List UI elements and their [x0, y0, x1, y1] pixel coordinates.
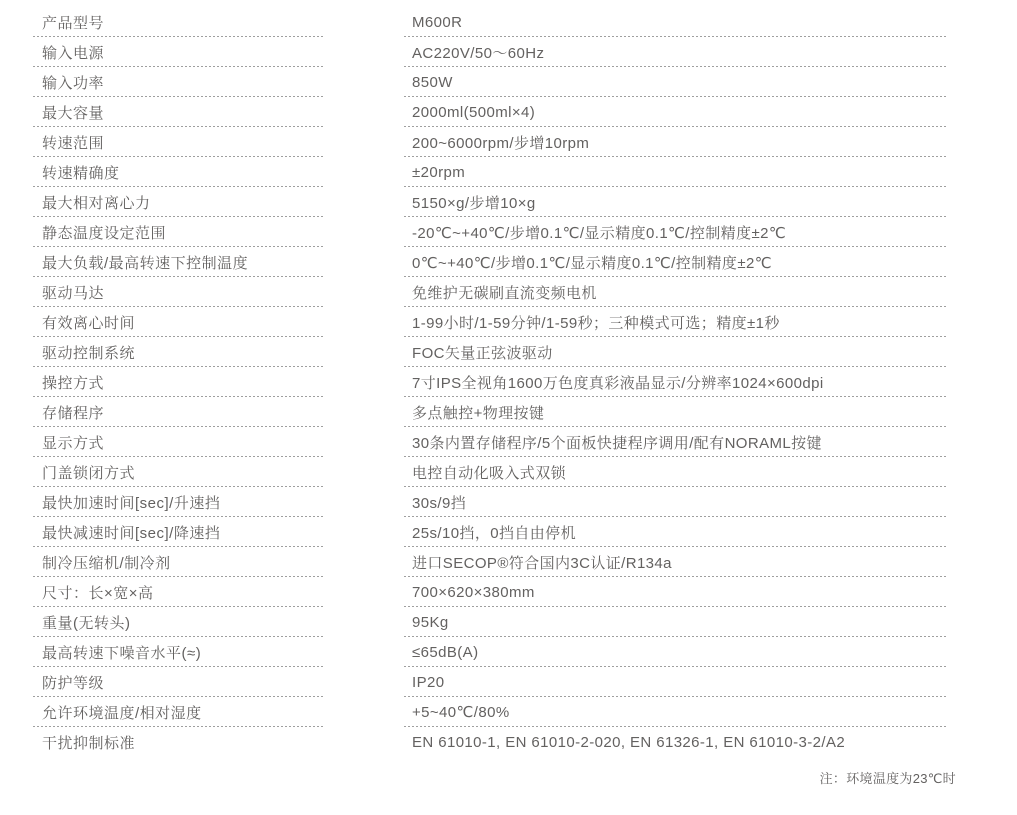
spec-label: 门盖锁闭方式 [33, 457, 325, 487]
table-row: 驱动马达 免维护无碳刷直流变频电机 [0, 277, 1017, 307]
spec-label: 防护等级 [33, 667, 325, 697]
table-row: 门盖锁闭方式 电控自动化吸入式双锁 [0, 457, 1017, 487]
spec-label: 输入功率 [33, 67, 325, 97]
spec-label: 最高转速下噪音水平(≈) [33, 637, 325, 667]
spec-label: 重量(无转头) [33, 607, 325, 637]
spec-label: 尺寸：长×宽×高 [33, 577, 325, 607]
table-row: 允许环境温度/相对湿度 +5~40℃/80% [0, 697, 1017, 727]
spec-label: 最大相对离心力 [33, 187, 325, 217]
spec-value: ±20rpm [404, 157, 947, 187]
spec-value: AC220V/50～60Hz [404, 37, 947, 67]
spec-label: 显示方式 [33, 427, 325, 457]
spec-label: 最快减速时间[sec]/降速挡 [33, 517, 325, 547]
spec-value: 1-99小时/1-59分钟/1-59秒；三种模式可选；精度±1秒 [404, 307, 947, 337]
spec-value: 850W [404, 67, 947, 97]
table-row: 静态温度设定范围 -20℃~+40℃/步增0.1℃/显示精度0.1℃/控制精度±… [0, 217, 1017, 247]
spec-value: +5~40℃/80% [404, 697, 947, 727]
table-row: 重量(无转头) 95Kg [0, 607, 1017, 637]
table-row: 存储程序 多点触控+物理按键 [0, 397, 1017, 427]
table-row: 最快加速时间[sec]/升速挡 30s/9挡 [0, 487, 1017, 517]
spec-label: 允许环境温度/相对湿度 [33, 697, 325, 727]
spec-label: 制冷压缩机/制冷剂 [33, 547, 325, 577]
table-row: 尺寸：长×宽×高 700×620×380mm [0, 577, 1017, 607]
spec-value: 电控自动化吸入式双锁 [404, 457, 947, 487]
spec-value: 免维护无碳刷直流变频电机 [404, 277, 947, 307]
spec-value: IP20 [404, 667, 947, 697]
spec-label: 产品型号 [33, 7, 325, 37]
spec-label: 最大容量 [33, 97, 325, 127]
spec-label: 最快加速时间[sec]/升速挡 [33, 487, 325, 517]
spec-value: 7寸IPS全视角1600万色度真彩液晶显示/分辨率1024×600dpi [404, 367, 947, 397]
spec-label: 驱动马达 [33, 277, 325, 307]
spec-label: 存储程序 [33, 397, 325, 427]
table-row: 防护等级 IP20 [0, 667, 1017, 697]
spec-label: 转速精确度 [33, 157, 325, 187]
spec-label: 输入电源 [33, 37, 325, 67]
spec-value: FOC矢量正弦波驱动 [404, 337, 947, 367]
spec-value: 95Kg [404, 607, 947, 637]
table-row: 有效离心时间 1-99小时/1-59分钟/1-59秒；三种模式可选；精度±1秒 [0, 307, 1017, 337]
spec-value: 30s/9挡 [404, 487, 947, 517]
spec-value: ≤65dB(A) [404, 637, 947, 667]
table-row: 转速范围 200~6000rpm/步增10rpm [0, 127, 1017, 157]
spec-value: M600R [404, 7, 947, 37]
table-row: 显示方式 30条内置存储程序/5个面板快捷程序调用/配有NORAML按键 [0, 427, 1017, 457]
spec-value: 200~6000rpm/步增10rpm [404, 127, 947, 157]
spec-label: 静态温度设定范围 [33, 217, 325, 247]
table-row: 输入电源 AC220V/50～60Hz [0, 37, 1017, 67]
table-row: 转速精确度 ±20rpm [0, 157, 1017, 187]
temperature-note: 注：环境温度为23℃时 [820, 768, 956, 787]
table-row: 最大容量 2000ml(500ml×4) [0, 97, 1017, 127]
table-row: 干扰抑制标准 EN 61010-1, EN 61010-2-020, EN 61… [0, 727, 1017, 757]
spec-value: 0℃~+40℃/步增0.1℃/显示精度0.1℃/控制精度±2℃ [404, 247, 947, 277]
spec-label: 驱动控制系统 [33, 337, 325, 367]
table-row: 产品型号 M600R [0, 7, 1017, 37]
spec-table: 产品型号 M600R 输入电源 AC220V/50～60Hz 输入功率 850W… [0, 7, 1017, 757]
spec-value: 700×620×380mm [404, 577, 947, 607]
spec-label: 有效离心时间 [33, 307, 325, 337]
spec-value: 30条内置存储程序/5个面板快捷程序调用/配有NORAML按键 [404, 427, 947, 457]
spec-label: 操控方式 [33, 367, 325, 397]
table-row: 制冷压缩机/制冷剂 进口SECOP®符合国内3C认证/R134a [0, 547, 1017, 577]
spec-label: 干扰抑制标准 [33, 727, 325, 757]
spec-value: -20℃~+40℃/步增0.1℃/显示精度0.1℃/控制精度±2℃ [404, 217, 947, 247]
table-row: 驱动控制系统 FOC矢量正弦波驱动 [0, 337, 1017, 367]
spec-label: 最大负载/最高转速下控制温度 [33, 247, 325, 277]
spec-value: 25s/10挡，0挡自由停机 [404, 517, 947, 547]
table-row: 最快减速时间[sec]/降速挡 25s/10挡，0挡自由停机 [0, 517, 1017, 547]
table-row: 最高转速下噪音水平(≈) ≤65dB(A) [0, 637, 1017, 667]
table-row: 输入功率 850W [0, 67, 1017, 97]
spec-value: EN 61010-1, EN 61010-2-020, EN 61326-1, … [404, 727, 947, 757]
spec-value: 多点触控+物理按键 [404, 397, 947, 427]
spec-label: 转速范围 [33, 127, 325, 157]
table-row: 最大相对离心力 5150×g/步增10×g [0, 187, 1017, 217]
table-row: 操控方式 7寸IPS全视角1600万色度真彩液晶显示/分辨率1024×600dp… [0, 367, 1017, 397]
spec-value: 5150×g/步增10×g [404, 187, 947, 217]
table-row: 最大负载/最高转速下控制温度 0℃~+40℃/步增0.1℃/显示精度0.1℃/控… [0, 247, 1017, 277]
spec-value: 2000ml(500ml×4) [404, 97, 947, 127]
spec-value: 进口SECOP®符合国内3C认证/R134a [404, 547, 947, 577]
